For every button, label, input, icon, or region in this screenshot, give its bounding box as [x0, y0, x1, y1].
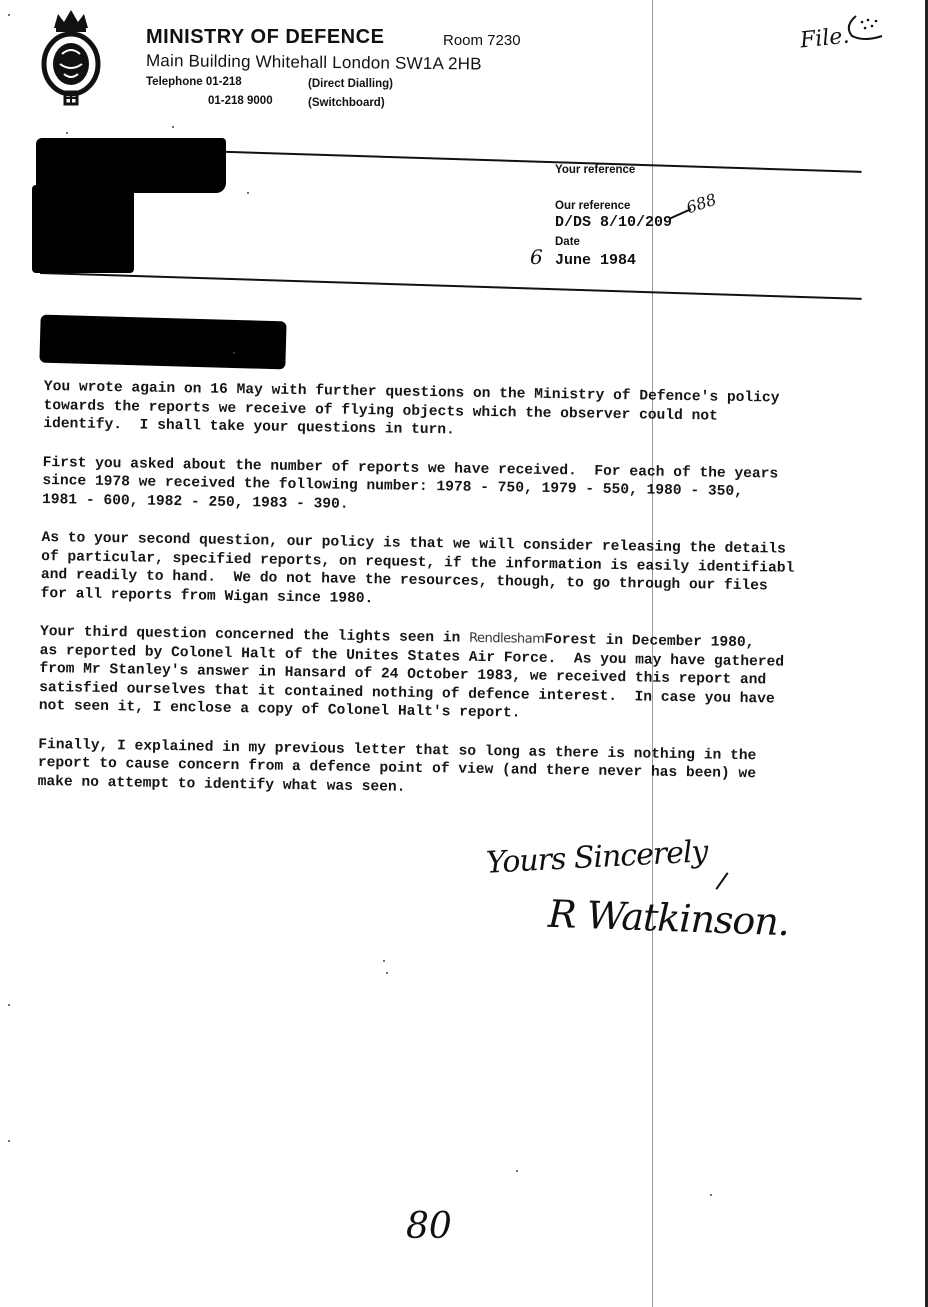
date-label: Date	[555, 236, 580, 248]
paragraph-2-report-counts: First you asked about the number of repo…	[42, 453, 873, 522]
inserted-place-name: Rendlesham	[469, 631, 544, 647]
handwritten-page-number: 80	[406, 1206, 452, 1247]
date-value: June 1984	[555, 252, 636, 269]
signature-name: R Watkinson.	[547, 892, 789, 944]
handwritten-date-day: 6	[530, 245, 543, 269]
handwritten-reference-suffix: 688	[684, 190, 719, 218]
handwritten-scribble-icon	[842, 12, 886, 42]
scan-speck	[247, 192, 249, 194]
scan-speck	[383, 960, 385, 962]
redacted-salutation	[39, 315, 286, 370]
royal-crest-icon	[40, 6, 102, 106]
signature-flourish	[715, 872, 728, 890]
paragraph-5: Finally, I explained in my previous lett…	[38, 735, 869, 804]
telephone-switchboard-number: 01-218 9000	[208, 95, 273, 107]
scan-speck	[516, 1170, 518, 1172]
scan-speck	[386, 972, 388, 974]
scan-speck	[8, 1140, 10, 1142]
redacted-recipient-address-lower	[32, 185, 134, 273]
organisation-name: MINISTRY OF DEFENCE	[146, 26, 384, 49]
paragraph-4: Your third question concerned the lights…	[39, 623, 870, 729]
body-line-end: Forest in December 1980,	[544, 632, 754, 651]
letter-body: You wrote again on 16 May with further q…	[37, 378, 874, 824]
your-reference-label: Your reference	[555, 164, 635, 176]
our-reference-value: D/DS 8/10/209	[555, 214, 672, 231]
telephone-direct-number: Telephone 01-218	[146, 76, 242, 88]
address-block-bottom-rule	[40, 272, 862, 300]
our-reference-label: Our reference	[555, 200, 630, 212]
organisation-address: Main Building Whitehall London SW1A 2HB	[146, 51, 482, 75]
paragraph-1: You wrote again on 16 May with further q…	[43, 378, 874, 447]
letter-page: MINISTRY OF DEFENCE Room 7230 Main Build…	[0, 0, 928, 1307]
paragraph-3: As to your second question, our policy i…	[40, 529, 871, 616]
telephone-direct-label: (Direct Dialling)	[308, 78, 393, 90]
scan-speck	[8, 14, 10, 16]
scan-speck	[710, 1194, 712, 1196]
scan-speck	[233, 352, 235, 354]
scan-speck	[172, 126, 174, 128]
signature-closing: Yours Sincerely	[485, 834, 708, 881]
scan-speck	[66, 132, 68, 134]
room-number: Room 7230	[443, 32, 521, 49]
telephone-switchboard-label: (Switchboard)	[308, 97, 385, 109]
scan-speck	[8, 1004, 10, 1006]
